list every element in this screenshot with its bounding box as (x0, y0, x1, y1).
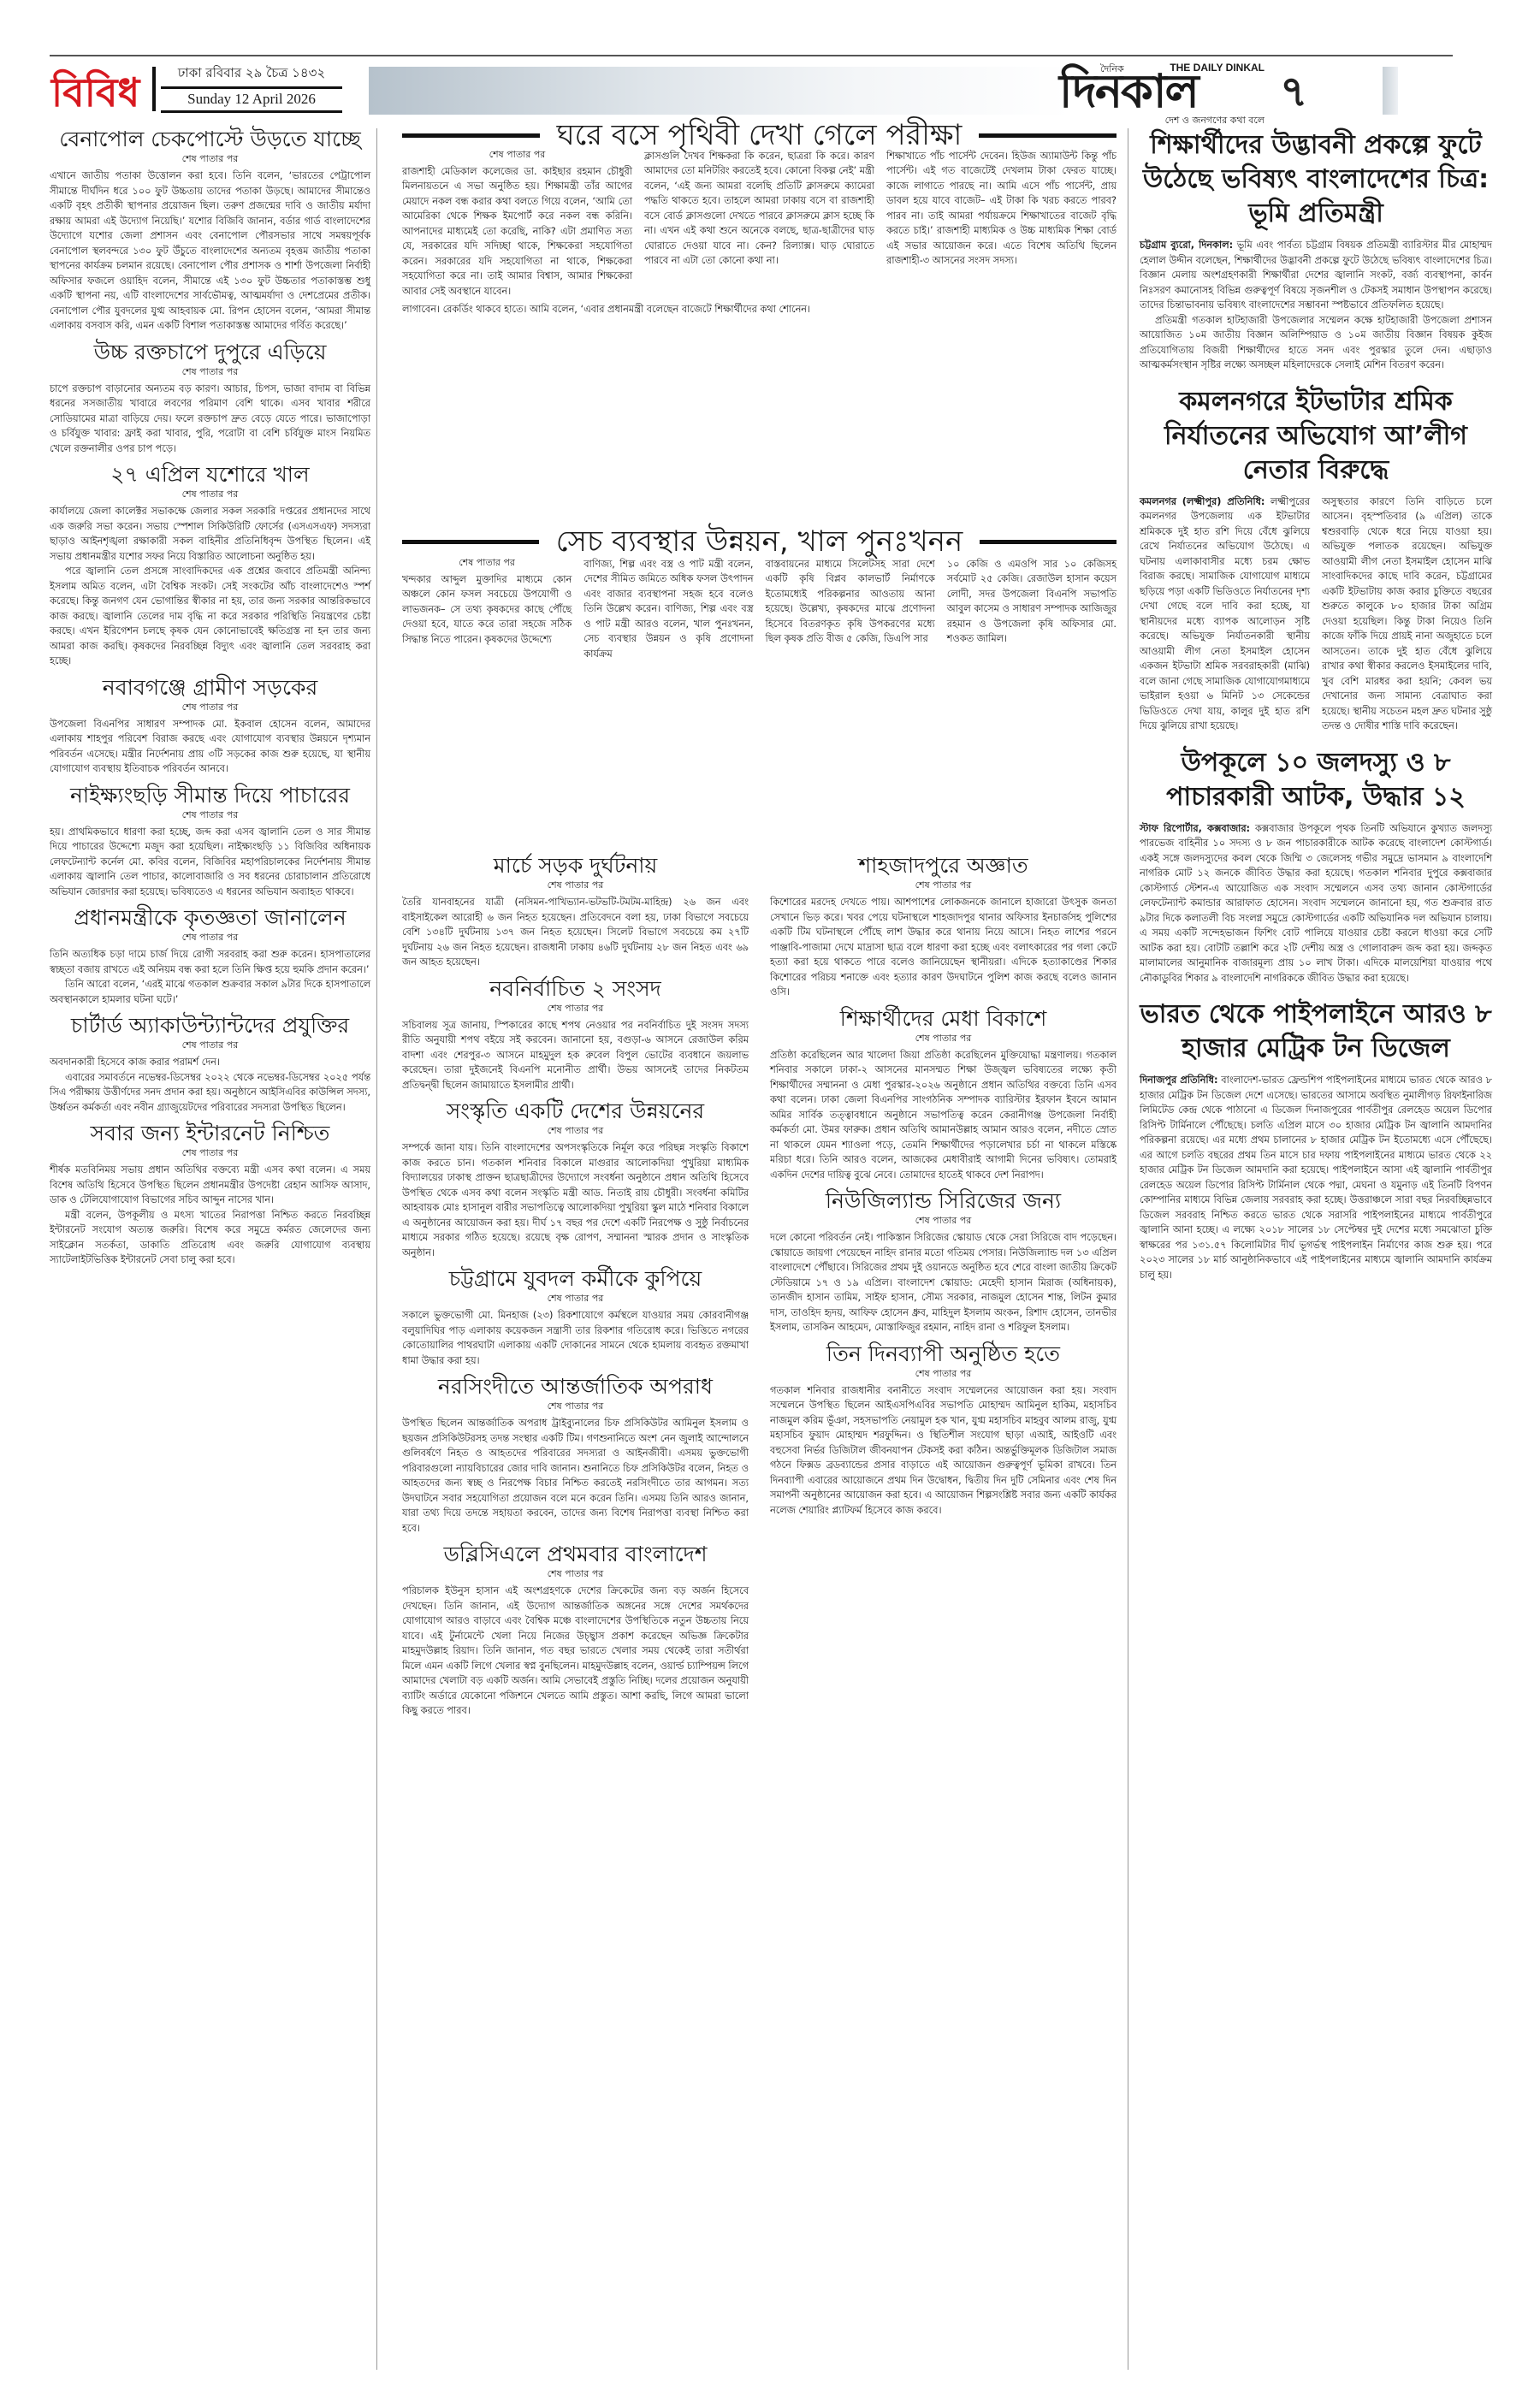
article-body: চাপে রক্তচাপ বাড়ানোর অন্যতম বড় কারণ। আ… (50, 382, 370, 457)
headline: কমলনগরে ইটভাটার শ্রমিক নির্যাতনের অভিযোগ… (1140, 385, 1492, 488)
story-columns: শেষ পাতার পর রাজশাহী মেডিকাল কলেজের ডা. … (402, 149, 1116, 299)
article: চট্টগ্রামে যুবদল কর্মীকে কুপিয়ে শেষ পাত… (402, 1265, 749, 1368)
masthead-divider (152, 67, 156, 111)
continued-label: শেষ পাতার পর (50, 366, 370, 378)
headline: ভারত থেকে পাইপলাইনে আরও ৮ হাজার মেট্রিক … (1140, 998, 1492, 1066)
continued-label: শেষ পাতার পর (50, 1039, 370, 1051)
headline: নবাবগঞ্জে গ্রামীণ সড়কের (50, 674, 370, 702)
article-body: কার্যালয়ে জেলা কালেক্টর সভাকক্ষে জেলার … (50, 504, 370, 564)
masthead: বিবিধ ঢাকা রবিবার ২৯ চৈত্র ১৪৩২ Sunday 1… (50, 55, 1453, 123)
article-body: স্টাফ রিপোর্টার, কক্সবাজার: কক্সবাজার উপ… (1140, 821, 1492, 986)
article: প্রধানমন্ত্রীকে কৃতজ্ঞতা জানালেন শেষ পাত… (50, 904, 370, 1007)
article-body: ক্লাসগুলি দেখব শিক্ষকরা কি করেন, ছাত্ররা… (644, 149, 874, 299)
article: নিউজিল্যান্ড সিরিজের জন্য শেষ পাতার পর দ… (770, 1187, 1116, 1335)
article: চার্টার্ড অ্যাকাউন্ট্যান্টদের প্রযুক্তির… (50, 1012, 370, 1115)
article-body: সচিবালয় সূত্র জানায়, স্পিকারের কাছে শপ… (402, 1018, 749, 1093)
article-body: রাজশাহী মেডিকাল কলেজের ডা. কাইছার রহমান … (402, 164, 632, 299)
article: নাইক্ষ্যংছড়ি সীমান্ত দিয়ে পাচারের শেষ … (50, 782, 370, 900)
continued-label: শেষ পাতার পর (402, 1125, 749, 1137)
section-name: বিবিধ (51, 63, 139, 128)
article-body: অসুস্থতার কারণে তিনি বাড়িতে চলে আসেন। ব… (1322, 494, 1492, 734)
continued-label: শেষ পাতার পর (402, 149, 632, 161)
article-body: পরিচালক ইউনুস হাসান এই অংশগ্রহণকে দেশের … (402, 1584, 749, 1719)
article-body: তৈরি যানবাহনের যাত্রী (নসিমন-পাখিভ্যান-ভ… (402, 895, 749, 970)
decorative-edge-bar (1383, 67, 1398, 115)
article-body: অবদানকারী হিসেবে কাজ করার পরামর্শ দেন। (50, 1055, 370, 1070)
continued-label: শেষ পাতার পর (50, 153, 370, 165)
article: নরসিংদীতে আন্তর্জাতিক অপরাধ শেষ পাতার পর… (402, 1373, 749, 1536)
headline: শিক্ষার্থীদের মেধা বিকাশে (770, 1005, 1116, 1033)
article-body: তিনি আরো বলেন, ‘এরই মাঝে গতকাল শুক্রবার … (50, 977, 370, 1007)
article: উপকূলে ১০ জলদস্যু ও ৮ পাচারকারী আটক, উদ্… (1140, 746, 1492, 986)
continued-label: শেষ পাতার পর (770, 1368, 1116, 1380)
article-body: সকালে ভুক্তভোগী মো. মিনহাজ (২৩) রিকশাযোগ… (402, 1308, 749, 1368)
column-divider (1128, 128, 1128, 2370)
headline: মার্চে সড়ক দুর্ঘটনায় (402, 852, 749, 879)
continued-label: শেষ পাতার পর (402, 879, 749, 891)
continued-label: শেষ পাতার পর (50, 488, 370, 500)
article: শাহজাদপুরে অজ্ঞাত শেষ পাতার পর কিশোরের ম… (770, 852, 1116, 1000)
article: বেনাপোল চেকপোস্টে উড়তে যাচ্ছে শেষ পাতার… (50, 126, 370, 334)
second-story: সেচ ব্যবস্থার উন্নয়ন, খাল পুনঃখনন শেষ প… (402, 535, 1116, 661)
article-body: প্রতিমন্ত্রী গতকাল হাটহাজারী উপজেলার সম্… (1140, 313, 1492, 373)
article-body: মন্ত্রী বলেন, উপকূলীয় ও মৎস্য খাতের নির… (50, 1208, 370, 1268)
continued-label: শেষ পাতার পর (770, 1033, 1116, 1045)
left-column: বেনাপোল চেকপোস্টে উড়তে যাচ্ছে শেষ পাতার… (50, 124, 370, 1268)
headline: নরসিংদীতে আন্তর্জাতিক অপরাধ (402, 1373, 749, 1400)
article-body: দলে কোনো পরিবর্তন নেই। পাকিস্তান সিরিজের… (770, 1230, 1116, 1335)
dateline: কমলনগর (লক্ষ্মীপুর) প্রতিনিধি: (1140, 496, 1265, 507)
headline: শিক্ষার্থীদের উদ্ভাবনী প্রকল্পে ফুটে উঠে… (1140, 128, 1492, 231)
date-block: ঢাকা রবিবার ২৯ চৈত্র ১৪৩২ Sunday 12 Apri… (161, 63, 342, 113)
continued-label: শেষ পাতার পর (770, 879, 1116, 891)
article-body: গতকাল শনিবার রাজধানীর বনানীতে সংবাদ সম্ম… (770, 1383, 1116, 1519)
headline: চট্টগ্রামে যুবদল কর্মীকে কুপিয়ে (402, 1265, 749, 1293)
logo-tagline: দেশ ও জনগণের কথা বলে (1165, 113, 1265, 129)
article: কমলনগরে ইটভাটার শ্রমিক নির্যাতনের অভিযোগ… (1140, 385, 1492, 734)
article-body: খন্দকার আব্দুল মুক্তাদির মাধ্যমে কোন অঞ্… (402, 572, 572, 648)
article: ডব্লিসিএলে প্রথমবার বাংলাদেশ শেষ পাতার প… (402, 1541, 749, 1719)
decorative-gradient-bar (369, 67, 1070, 115)
ruled-headline: ঘরে বসে পৃথিবী দেখা গেলে পরীক্ষা (402, 128, 1116, 144)
continued-label: শেষ পাতার পর (50, 702, 370, 713)
headline: ঘরে বসে পৃথিবী দেখা গেলে পরীক্ষা (557, 128, 962, 144)
continued-label: শেষ পাতার পর (402, 1293, 749, 1305)
article-body: সম্পর্কে জানা যায়। তিনি বাংলাদেশের অপসং… (402, 1140, 749, 1260)
logo-wordmark: দিনকাল (1059, 68, 1198, 115)
article-body: পরে জ্বালানি তেল প্রসঙ্গে সাংবাদিকদের এক… (50, 564, 370, 669)
continued-label: শেষ পাতার পর (402, 1003, 749, 1015)
article-body: বাণিজ্য, শিল্প এবং বস্ত্র ও পাট মন্ত্রী … (583, 557, 753, 662)
article-body: কমলনগর (লক্ষ্মীপুর) প্রতিনিধি: লক্ষ্মীপু… (1140, 494, 1310, 734)
dateline: স্টাফ রিপোর্টার, কক্সবাজার: (1140, 823, 1250, 834)
headline: নবনির্বাচিত ২ সংসদ (402, 975, 749, 1003)
headline: ২৭ এপ্রিল যশোরে খাল (50, 461, 370, 488)
page-number: ৭ (1280, 60, 1308, 131)
headline: উপকূলে ১০ জলদস্যু ও ৮ পাচারকারী আটক, উদ্… (1140, 746, 1492, 814)
headline: তিন দিনব্যাপী অনুষ্ঠিত হতে (770, 1341, 1116, 1368)
dateline: চট্টগ্রাম ব্যুরো, দিনকাল: (1140, 240, 1233, 251)
article-body: তিনি অত্যধিক চড়া দামে চার্জ দিয়ে রোগী … (50, 947, 370, 977)
article-body: শিক্ষাখাতে পাঁচ পার্সেন্ট দেবেন। হিউজ অ্… (886, 149, 1116, 299)
article-body: উপস্থিত ছিলেন আন্তর্জাতিক অপরাধ ট্রাইব্য… (402, 1416, 749, 1536)
ruled-headline: সেচ ব্যবস্থার উন্নয়ন, খাল পুনঃখনন (402, 535, 1116, 550)
column-divider (376, 128, 377, 2370)
headline: ডব্লিসিএলে প্রথমবার বাংলাদেশ (402, 1541, 749, 1568)
headline: চার্টার্ড অ্যাকাউন্ট্যান্টদের প্রযুক্তির (50, 1012, 370, 1039)
headline-rule (402, 540, 539, 544)
article-body: চট্টগ্রাম ব্যুরো, দিনকাল: ভূমি এবং পার্ব… (1140, 238, 1492, 313)
continued-label: শেষ পাতার পর (50, 809, 370, 821)
article: শিক্ষার্থীদের উদ্ভাবনী প্রকল্পে ফুটে উঠে… (1140, 128, 1492, 373)
article: ভারত থেকে পাইপলাইনে আরও ৮ হাজার মেট্রিক … (1140, 998, 1492, 1282)
headline: উচ্চ রক্তচাপে দুপুরে এড়িয়ে (50, 339, 370, 366)
article: তিন দিনব্যাপী অনুষ্ঠিত হতে শেষ পাতার পর … (770, 1341, 1116, 1519)
article: নবনির্বাচিত ২ সংসদ শেষ পাতার পর সচিবালয়… (402, 975, 749, 1093)
article-body: শীর্ষক মতবিনিময় সভায় প্রধান অতিথির বক্… (50, 1163, 370, 1208)
dateline: দিনাজপুর প্রতিনিধি: (1140, 1075, 1217, 1086)
article: উচ্চ রক্তচাপে দুপুরে এড়িয়ে শেষ পাতার প… (50, 339, 370, 457)
story-columns: শেষ পাতার পর খন্দকার আব্দুল মুক্তাদির মা… (402, 557, 1116, 662)
article-body: লাগাবেন। রেকর্ডিং থাকবে হাতে। আমি বলেন, … (402, 302, 1116, 317)
center-left-column: মার্চে সড়ক দুর্ঘটনায় শেষ পাতার পর তৈরি… (402, 847, 749, 1719)
article-body: এখানে জাতীয় পতাকা উত্তোলন করা হবে। তিনি… (50, 169, 370, 334)
center-right-column: শাহজাদপুরে অজ্ঞাত শেষ পাতার পর কিশোরের ম… (770, 847, 1116, 1518)
headline: প্রধানমন্ত্রীকে কৃতজ্ঞতা জানালেন (50, 904, 370, 932)
continued-label: শেষ পাতার পর (770, 1215, 1116, 1227)
article: শিক্ষার্থীদের মেধা বিকাশে শেষ পাতার পর প… (770, 1005, 1116, 1183)
right-column: শিক্ষার্থীদের উদ্ভাবনী প্রকল্পে ফুটে উঠে… (1140, 128, 1492, 1282)
continued-label: শেষ পাতার পর (402, 1400, 749, 1412)
date-english: Sunday 12 April 2026 (161, 89, 342, 113)
article-body: এবারের সমাবর্তনে নভেম্বর-ডিসেম্বর ২০২২ থ… (50, 1070, 370, 1116)
article-body: দিনাজপুর প্রতিনিধি: বাংলাদেশ-ভারত ফ্রেন্… (1140, 1073, 1492, 1282)
headline: শাহজাদপুরে অজ্ঞাত (770, 852, 1116, 879)
date-bangla: ঢাকা রবিবার ২৯ চৈত্র ১৪৩২ (161, 63, 342, 89)
headline: নাইক্ষ্যংছড়ি সীমান্ত দিয়ে পাচারের (50, 782, 370, 809)
continued-label: শেষ পাতার পর (50, 932, 370, 944)
article-body: বাস্তবায়নের মাধ্যমে সিলেটসহ সারা দেশে এ… (766, 557, 935, 662)
headline-rule (979, 133, 1116, 138)
article: ২৭ এপ্রিল যশোরে খাল শেষ পাতার পর কার্যাল… (50, 461, 370, 669)
article-body: কিশোরের মরদেহ দেখতে পায়। আশপাশের লোকজনক… (770, 895, 1116, 1000)
continued-label: শেষ পাতার পর (402, 1568, 749, 1580)
continued-label: শেষ পাতার পর (50, 1147, 370, 1159)
article: সবার জন্য ইন্টারনেট নিশ্চিত শেষ পাতার পর… (50, 1120, 370, 1268)
article: মার্চে সড়ক দুর্ঘটনায় শেষ পাতার পর তৈরি… (402, 852, 749, 970)
article-body: প্রতিষ্ঠা করেছিলেন আর খালেদা জিয়া প্রতি… (770, 1048, 1116, 1183)
headline-rule (980, 540, 1116, 544)
headline: সেচ ব্যবস্থার উন্নয়ন, খাল পুনঃখনন (556, 535, 963, 550)
article-body: হয়। প্রাথমিকভাবে ধারণা করা হচ্ছে, জব্দ … (50, 825, 370, 900)
article-body: ১০ কেজি ও এমওপি সার ১০ কেজিসহ সর্বমোট ২৫… (947, 557, 1116, 662)
headline: বেনাপোল চেকপোস্টে উড়তে যাচ্ছে (50, 126, 370, 153)
headline: সবার জন্য ইন্টারনেট নিশ্চিত (50, 1120, 370, 1147)
continued-label: শেষ পাতার পর (402, 557, 572, 569)
headline-rule (402, 133, 540, 138)
top-story: ঘরে বসে পৃথিবী দেখা গেলে পরীক্ষা শেষ পাত… (402, 128, 1116, 317)
article-body: উপজেলা বিএনপির সাধারণ সম্পাদক মো. ইকবাল … (50, 717, 370, 777)
article: নবাবগঞ্জে গ্রামীণ সড়কের শেষ পাতার পর উপ… (50, 674, 370, 777)
headline: সংস্কৃতি একটি দেশের উন্নয়নের (402, 1098, 749, 1125)
article: সংস্কৃতি একটি দেশের উন্নয়নের শেষ পাতার … (402, 1098, 749, 1260)
headline: নিউজিল্যান্ড সিরিজের জন্য (770, 1187, 1116, 1215)
